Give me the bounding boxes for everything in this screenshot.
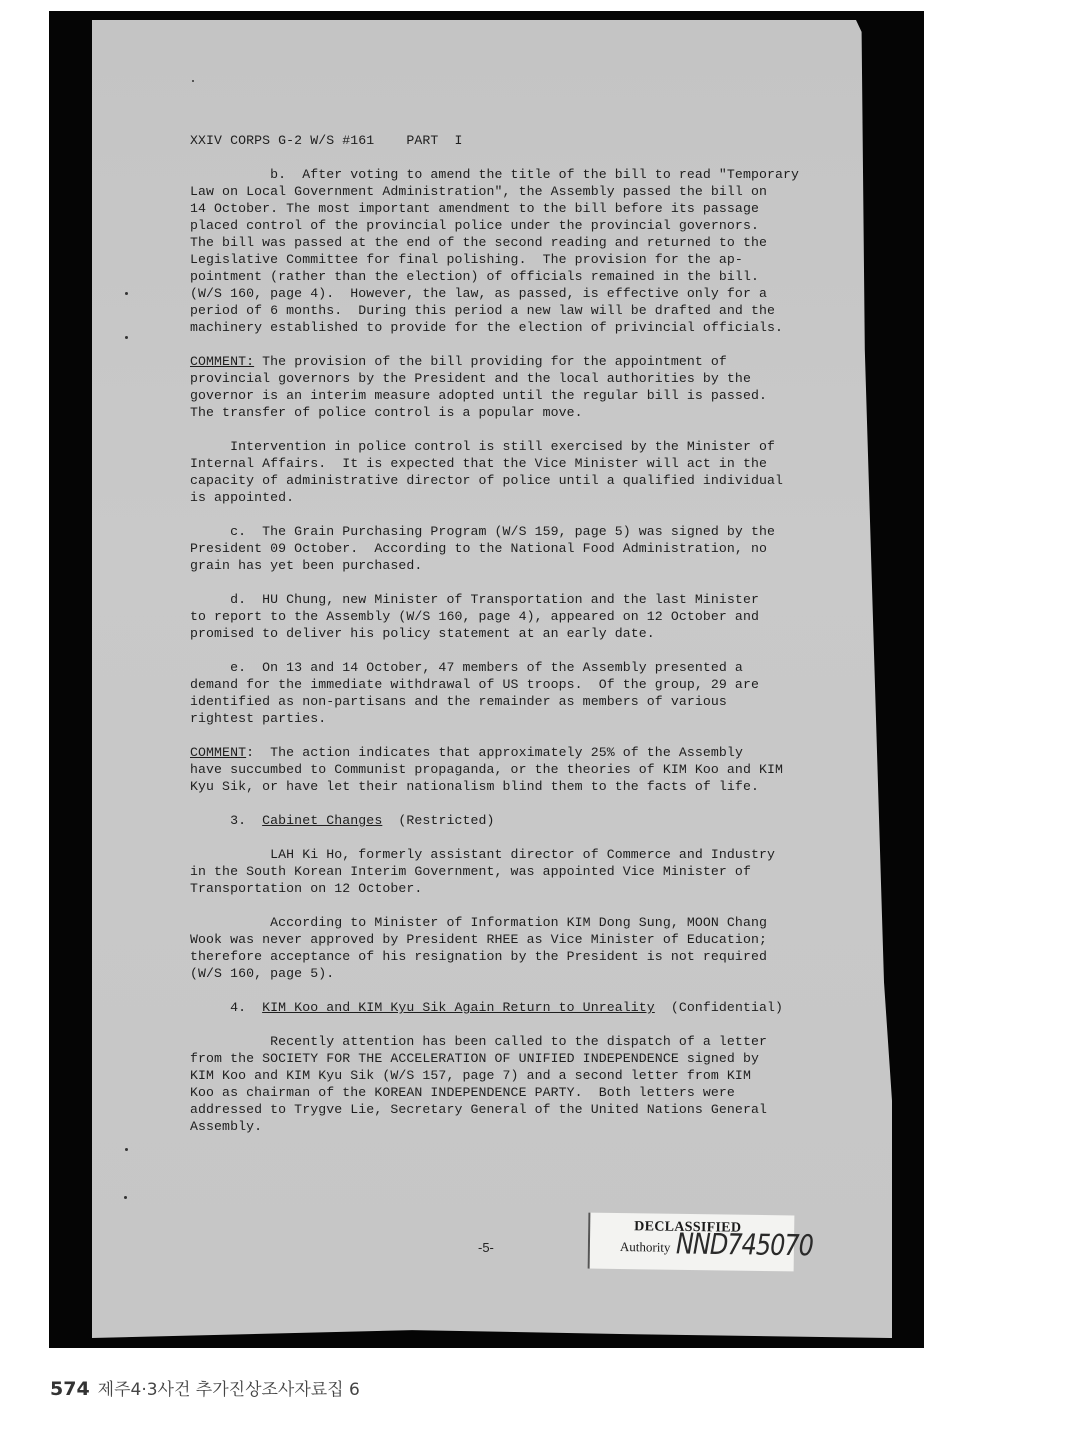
document-header: XXIV CORPS G-2 W/S #161 PART I: [190, 132, 820, 149]
text-line: Internal Affairs. It is expected that th…: [190, 455, 820, 472]
text-line: in the South Korean Interim Government, …: [190, 863, 820, 880]
section-4-paragraph: Recently attention has been called to th…: [190, 1033, 820, 1135]
scan-speck: [125, 336, 128, 339]
text-line: According to Minister of Information KIM…: [190, 914, 820, 931]
text-line: Assembly.: [190, 1118, 820, 1135]
comment-1: COMMENT: The provision of the bill provi…: [190, 353, 820, 421]
text-line: provincial governors by the President an…: [190, 370, 820, 387]
text-line: therefore acceptance of his resignation …: [190, 948, 820, 965]
text-line: e. On 13 and 14 October, 47 members of t…: [190, 659, 820, 676]
text-line: demand for the immediate withdrawal of U…: [190, 676, 820, 693]
text-line: Transportation on 12 October.: [190, 880, 820, 897]
paragraph-b: b. After voting to amend the title of th…: [190, 166, 820, 336]
comment-label: COMMENT:: [190, 354, 254, 369]
text-line: to report to the Assembly (W/S 160, page…: [190, 608, 820, 625]
section-3-heading: 3. Cabinet Changes (Restricted): [190, 812, 820, 829]
text-line: Recently attention has been called to th…: [190, 1033, 820, 1050]
section-number: 3.: [190, 813, 262, 828]
section-4-heading: 4. KIM Koo and KIM Kyu Sik Again Return …: [190, 999, 820, 1016]
text-line: Wook was never approved by President RHE…: [190, 931, 820, 948]
text-line: 14 October. The most important amendment…: [190, 200, 820, 217]
text-line: grain has yet been purchased.: [190, 557, 820, 574]
text-line: COMMENT: The provision of the bill provi…: [190, 353, 820, 370]
text-line: identified as non-partisans and the rema…: [190, 693, 820, 710]
text-line: COMMENT: The action indicates that appro…: [190, 744, 820, 761]
comment-label: COMMENT: [190, 745, 246, 760]
book-footer: 574제주4·3사건 추가진상조사자료집 6: [50, 1375, 360, 1400]
text-line: LAH Ki Ho, formerly assistant director o…: [190, 846, 820, 863]
text-line: Koo as chairman of the KOREAN INDEPENDEN…: [190, 1084, 820, 1101]
section-3-paragraph-1: LAH Ki Ho, formerly assistant director o…: [190, 846, 820, 897]
section-classification: (Confidential): [655, 1000, 783, 1015]
text-line: c. The Grain Purchasing Program (W/S 159…: [190, 523, 820, 540]
comment-text: The provision of the bill providing for …: [254, 354, 727, 369]
paragraph-c: c. The Grain Purchasing Program (W/S 159…: [190, 523, 820, 574]
text-line: machinery established to provide for the…: [190, 319, 820, 336]
text-line: from the SOCIETY FOR THE ACCELERATION OF…: [190, 1050, 820, 1067]
text-line: President 09 October. According to the N…: [190, 540, 820, 557]
section-title: Cabinet Changes: [262, 813, 382, 828]
comment-2: COMMENT: The action indicates that appro…: [190, 744, 820, 795]
text-line: Intervention in police control is still …: [190, 438, 820, 455]
scan-speck: [124, 1196, 127, 1199]
section-classification: (Restricted): [382, 813, 494, 828]
text-line: capacity of administrative director of p…: [190, 472, 820, 489]
scan-speck: [125, 292, 128, 295]
text-line: Legislative Committee for final polishin…: [190, 251, 820, 268]
text-line: have succumbed to Communist propaganda, …: [190, 761, 820, 778]
scan-speck: [125, 1148, 128, 1151]
text-line: (W/S 160, page 4). However, the law, as …: [190, 285, 820, 302]
text-line: rightest parties.: [190, 710, 820, 727]
text-line: (W/S 160, page 5).: [190, 965, 820, 982]
section-title: KIM Koo and KIM Kyu Sik Again Return to …: [262, 1000, 655, 1015]
text-line: placed control of the provincial police …: [190, 217, 820, 234]
paragraph-e: e. On 13 and 14 October, 47 members of t…: [190, 659, 820, 727]
stamp-authority-label: Authority: [620, 1239, 671, 1256]
text-line: is appointed.: [190, 489, 820, 506]
text-line: Kyu Sik, or have let their nationalism b…: [190, 778, 820, 795]
text-line: The transfer of police control is a popu…: [190, 404, 820, 421]
typescript-body: XXIV CORPS G-2 W/S #161 PART I b. After …: [190, 132, 820, 1152]
comment-text: : The action indicates that approximatel…: [246, 745, 743, 760]
text-line: addressed to Trygve Lie, Secretary Gener…: [190, 1101, 820, 1118]
text-line: d. HU Chung, new Minister of Transportat…: [190, 591, 820, 608]
text-line: governor is an interim measure adopted u…: [190, 387, 820, 404]
text-line: Law on Local Government Administration",…: [190, 183, 820, 200]
text-line: promised to deliver his policy statement…: [190, 625, 820, 642]
text-line: pointment (rather than the election) of …: [190, 268, 820, 285]
book-page-number: 574: [50, 1378, 90, 1400]
paragraph-d: d. HU Chung, new Minister of Transportat…: [190, 591, 820, 642]
stamp-authority-number: NND745070: [676, 1227, 813, 1263]
text-line: period of 6 months. During this period a…: [190, 302, 820, 319]
declassified-stamp: DECLASSIFIED Authority NND745070: [588, 1213, 795, 1272]
section-3-paragraph-2: According to Minister of Information KIM…: [190, 914, 820, 982]
paragraph-intervention: Intervention in police control is still …: [190, 438, 820, 506]
text-line: b. After voting to amend the title of th…: [190, 166, 820, 183]
page-number: -5-: [478, 1240, 494, 1255]
text-line: KIM Koo and KIM Kyu Sik (W/S 157, page 7…: [190, 1067, 820, 1084]
book-title: 제주4·3사건 추가진상조사자료집 6: [98, 1380, 360, 1400]
section-number: 4.: [190, 1000, 262, 1015]
text-line: The bill was passed at the end of the se…: [190, 234, 820, 251]
scan-speck: [192, 80, 194, 82]
